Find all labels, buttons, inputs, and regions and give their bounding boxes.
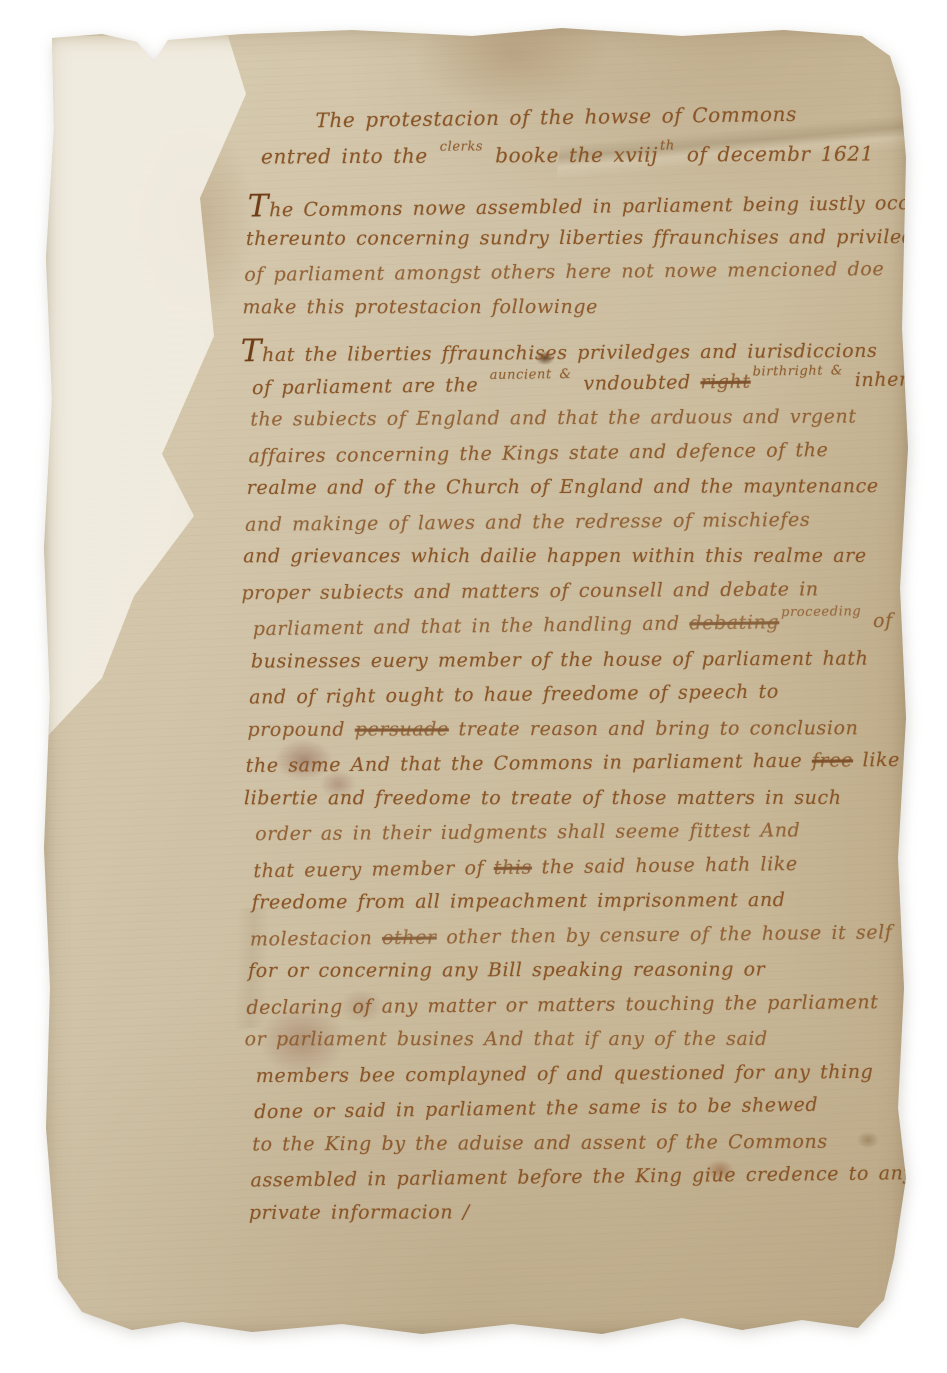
manuscript-text: The protestacion of the howse of Commons… [244, 96, 888, 1231]
manuscript-line: or parliament busines And that if any of… [245, 1022, 881, 1057]
manuscript-word-segment: thereunto concerning sundry liberties ff… [246, 225, 947, 249]
manuscript-line: The protestacion of the howse of Commons [238, 94, 874, 140]
manuscript-word-segment: proper subiects and matters of counsell … [241, 578, 818, 604]
manuscript-line: parliament and that in the handling and … [253, 604, 889, 647]
manuscript-word-segment: and of right ought to haue freedome of s… [249, 681, 779, 709]
manuscript-line: to the King by the aduise and assent of … [252, 1124, 888, 1162]
manuscript-word-segment: th [660, 127, 675, 165]
manuscript-word-segment: other then by censure of the house it se… [437, 921, 893, 948]
manuscript-word-segment: debating [689, 611, 779, 634]
manuscript-line: order as in their iudgments shall seeme … [255, 813, 891, 852]
manuscript-word-segment: the said house hath like [532, 852, 798, 878]
manuscript-word-segment: declaring of any matter or matters touch… [246, 991, 878, 1019]
manuscript-paragraph-2: That the liberties ffraunchises priviled… [246, 330, 888, 1231]
manuscript-line: libertie and freedome to treate of those… [244, 780, 880, 815]
manuscript-word-segment: molestacion [250, 927, 382, 950]
manuscript-line: for or concerning any Bill speaking reas… [248, 952, 884, 988]
manuscript-word-segment: make this protestacion followinge [243, 296, 598, 318]
manuscript-line: the same And that the Commons in parliam… [246, 743, 882, 783]
manuscript-word-segment: order as in their iudgments shall seeme … [255, 819, 800, 845]
manuscript-word-segment: inheritance of [845, 367, 947, 391]
manuscript-word-segment: and makinge of lawes and the redresse of… [245, 508, 810, 535]
manuscript-line: that euery member of this the said house… [253, 845, 889, 888]
manuscript-word-segment: right [700, 370, 750, 393]
manuscript-line: and makinge of lawes and the redresse of… [245, 502, 881, 542]
manuscript-line: done or said in parliament the same is t… [254, 1087, 890, 1130]
manuscript-word-segment: other [382, 926, 437, 949]
manuscript-word-segment: realme and of the Church of England and … [247, 475, 879, 499]
manuscript-word-segment: entred into the [261, 144, 438, 169]
manuscript-line: thereunto concerning sundry liberties ff… [246, 220, 882, 256]
manuscript-page: The protestacion of the howse of Commons… [42, 28, 908, 1340]
manuscript-word-segment: of decembr 1621 [677, 141, 874, 166]
manuscript-line: affaires concerning the Kings state and … [248, 432, 884, 474]
manuscript-word-segment: and grievances which dailie happen withi… [243, 545, 866, 567]
manuscript-word-segment: of those [863, 609, 947, 632]
manuscript-line: make this protestacion followinge [242, 289, 878, 324]
manuscript-line: assembled in parliament before the King … [250, 1156, 886, 1198]
manuscript-line: molestacion other other then by censure … [250, 915, 886, 957]
manuscript-word-segment: persuade [355, 718, 449, 740]
manuscript-word-segment: clerks [440, 128, 484, 166]
manuscript-line: propound persuade treate reason and brin… [247, 711, 883, 747]
manuscript-word-segment: propound [247, 718, 354, 740]
manuscript-line: the subiects of England and that the ard… [250, 399, 886, 437]
manuscript-word-segment: like [853, 749, 900, 771]
manuscript-heading: The protestacion of the howse of Commons… [244, 96, 881, 176]
manuscript-word-segment: the same And that the Commons in parliam… [246, 750, 812, 777]
manuscript-word-segment: members bee complayned of and questioned… [256, 1060, 874, 1086]
manuscript-word-segment: free [812, 749, 853, 771]
manuscript-word-segment: the subiects of England and that the ard… [250, 406, 856, 431]
manuscript-word-segment: or parliament busines And that if any of… [245, 1028, 768, 1050]
manuscript-line: and of right ought to haue freedome of s… [249, 673, 885, 715]
manuscript-line: freedome from all impeachment imprisonme… [252, 882, 888, 920]
manuscript-page-shadow: The protestacion of the howse of Commons… [42, 28, 908, 1340]
manuscript-word-segment: this [494, 856, 532, 879]
manuscript-line: and grievances which dailie happen withi… [243, 539, 879, 574]
manuscript-line: realme and of the Church of England and … [247, 469, 883, 505]
manuscript-word-segment: proceeding [781, 595, 862, 631]
manuscript-line: private informacion / [249, 1194, 885, 1230]
manuscript-word-segment: to the King by the aduise and assent of … [252, 1130, 827, 1155]
manuscript-word-segment: businesses euery member of the house of … [251, 647, 869, 672]
manuscript-word-segment: affaires concerning the Kings state and … [248, 439, 828, 467]
manuscript-line: of parliament amongst others here not no… [244, 252, 880, 292]
manuscript-word-segment: vndoubted [574, 371, 701, 395]
manuscript-line: businesses euery member of the house of … [251, 641, 887, 679]
manuscript-word-segment: done or said in parliament the same is t… [254, 1094, 818, 1123]
manuscript-word-segment: private informacion / [249, 1201, 470, 1224]
manuscript-word-segment: of parliament are the [252, 374, 488, 399]
manuscript-word-segment: The Commons nowe assembled in parliament… [248, 191, 947, 221]
manuscript-word-segment: freedome from all impeachment imprisonme… [252, 889, 786, 914]
manuscript-line: The Commons nowe assembled in parliament… [248, 182, 884, 224]
manuscript-word-segment: parliament and that in the handling and [253, 612, 690, 640]
manuscript-line: declaring of any matter or matters touch… [246, 985, 882, 1025]
manuscript-word-segment: booke the xviij [485, 143, 658, 168]
manuscript-line: of parliament are the auncient & vndoubt… [252, 362, 888, 405]
manuscript-paragraph-1: The Commons nowe assembled in parliament… [245, 184, 882, 326]
manuscript-word-segment: libertie and freedome to treate of those… [244, 786, 842, 808]
photograph: The protestacion of the howse of Commons… [0, 0, 947, 1373]
manuscript-word-segment: of parliament amongst others here not no… [244, 258, 884, 286]
manuscript-word-segment: for or concerning any Bill speaking reas… [248, 958, 765, 981]
manuscript-word-segment: treate reason and bring to conclusion [449, 717, 859, 740]
manuscript-word-segment: auncient & [490, 357, 572, 393]
manuscript-word-segment: The protestacion of the howse of Commons [315, 102, 797, 132]
manuscript-word-segment: that euery member of [253, 856, 494, 881]
manuscript-word-segment: assembled in parliament before the King … [250, 1162, 914, 1191]
manuscript-line: entred into the clerks booke the xviijth… [249, 134, 885, 175]
manuscript-word-segment: birthright & [752, 354, 843, 390]
